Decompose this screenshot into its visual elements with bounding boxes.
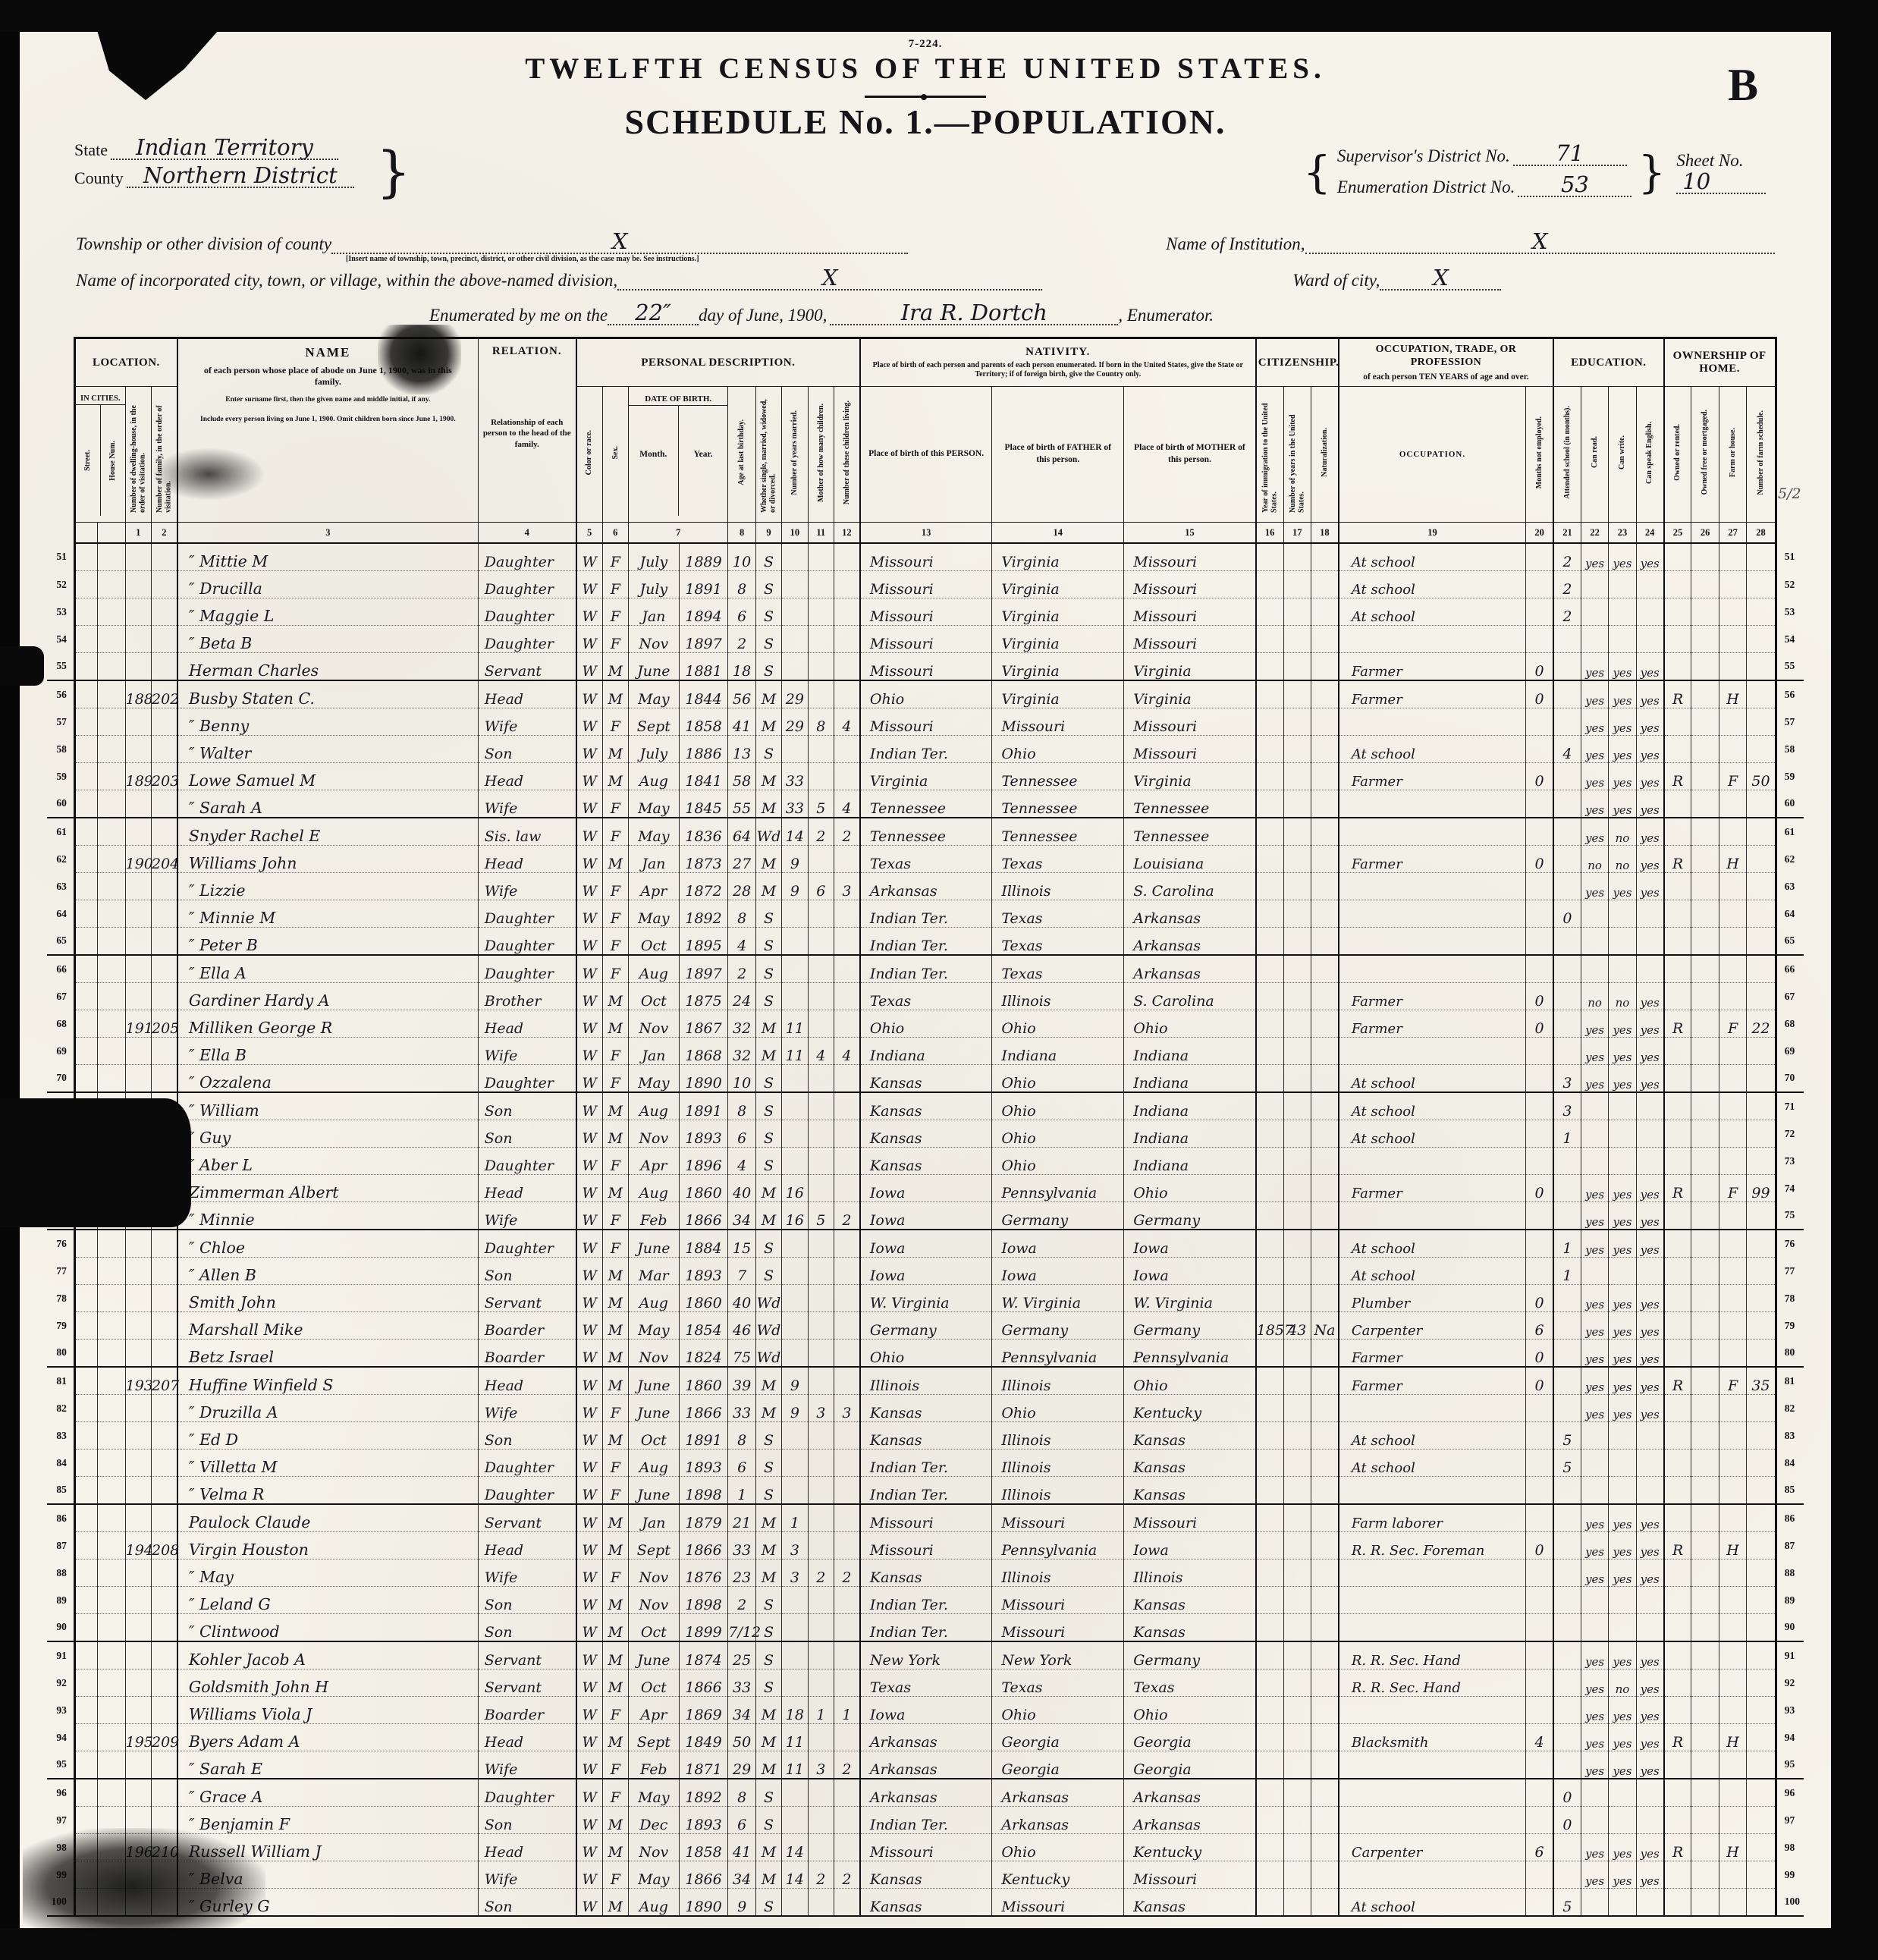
cell-family-number bbox=[151, 1395, 177, 1422]
cell-birth-month: Apr bbox=[628, 1148, 679, 1175]
cell-years-married bbox=[782, 1312, 808, 1340]
cell-years-married bbox=[782, 1065, 808, 1093]
column-number: 27 bbox=[1719, 523, 1746, 544]
cell-mother-birthplace: Virginia bbox=[1124, 763, 1256, 790]
cell-birth-year: 1866 bbox=[679, 1861, 728, 1889]
cell-house-number bbox=[98, 1065, 125, 1093]
cell-name: Snyder Rachel E bbox=[177, 818, 478, 846]
cell-house-number bbox=[98, 1230, 125, 1258]
table-row: 83″ Ed DSonWMOct18918SKansasIllinoisKans… bbox=[47, 1422, 1804, 1450]
cell-house-number bbox=[98, 983, 125, 1010]
cell-naturalization bbox=[1311, 1641, 1338, 1669]
cell-line-number-left: 83 bbox=[47, 1422, 74, 1450]
cell-school-months bbox=[1553, 1395, 1581, 1422]
table-row: 100″ Gurley GSonWMAug18909SKansasMissour… bbox=[47, 1889, 1804, 1917]
cell-dwelling-number bbox=[125, 571, 151, 598]
cell-can-write: yes bbox=[1609, 1834, 1636, 1861]
cell-owned-rented bbox=[1664, 1395, 1691, 1422]
cell-months-not-employed: 0 bbox=[1526, 763, 1553, 790]
cell-birth-year: 1874 bbox=[679, 1641, 728, 1669]
cell-birth-month: Jan bbox=[628, 846, 679, 873]
cell-birth-year: 1898 bbox=[679, 1587, 728, 1614]
column-number: 8 bbox=[728, 523, 755, 544]
cell-street bbox=[74, 955, 97, 983]
cell-can-speak-english bbox=[1636, 1614, 1663, 1642]
table-row: 91Kohler Jacob AServantWMJune187425SNew … bbox=[47, 1641, 1804, 1669]
cell-street bbox=[74, 1258, 97, 1285]
cell-sex: F bbox=[602, 900, 628, 928]
owned-free-header: Owned free or mortgaged. bbox=[1691, 387, 1719, 523]
cell-relation: Servant bbox=[478, 1641, 576, 1669]
cell-line-number-right: 88 bbox=[1776, 1560, 1804, 1587]
table-row: 81193207Huffine Winfield SHeadWMJune1860… bbox=[47, 1367, 1804, 1395]
cell-birth-year: 1898 bbox=[679, 1477, 728, 1505]
cell-can-speak-english: yes bbox=[1636, 846, 1663, 873]
cell-free-or-mortgaged bbox=[1691, 680, 1719, 708]
cell-line-number-right: 59 bbox=[1776, 763, 1804, 790]
cell-birth-month: May bbox=[628, 1861, 679, 1889]
cell-marital-status: S bbox=[755, 598, 781, 626]
cell-months-not-employed bbox=[1526, 1092, 1553, 1120]
cell-birthplace: Kansas bbox=[860, 1395, 992, 1422]
cell-street bbox=[74, 928, 97, 956]
cell-can-speak-english: yes bbox=[1636, 1724, 1663, 1751]
cell-sex: M bbox=[602, 1587, 628, 1614]
cell-years-married bbox=[782, 1669, 808, 1697]
cell-line-number-left: 86 bbox=[47, 1504, 74, 1532]
cell-house-number bbox=[98, 1751, 125, 1779]
cell-mother-of-children: 8 bbox=[808, 708, 834, 736]
cell-marital-status: S bbox=[755, 900, 781, 928]
cell-father-birthplace: Illinois bbox=[992, 1422, 1124, 1450]
cell-school-months bbox=[1553, 1312, 1581, 1340]
cell-farm-or-house bbox=[1719, 1779, 1746, 1807]
cell-naturalization bbox=[1311, 1669, 1338, 1697]
cell-sex: F bbox=[602, 1395, 628, 1422]
cell-months-not-employed: 0 bbox=[1526, 983, 1553, 1010]
cell-years-in-us bbox=[1283, 1834, 1311, 1861]
cell-farm-or-house: F bbox=[1719, 1175, 1746, 1202]
cell-marital-status: S bbox=[755, 1065, 781, 1093]
cell-farm-schedule bbox=[1747, 983, 1776, 1010]
cell-months-not-employed bbox=[1526, 1450, 1553, 1477]
cell-sex: M bbox=[602, 1285, 628, 1312]
cell-family-number bbox=[151, 1641, 177, 1669]
cell-immigration-year: 1857 bbox=[1256, 1312, 1283, 1340]
cell-relation: Daughter bbox=[478, 900, 576, 928]
cell-can-write: yes bbox=[1609, 873, 1636, 900]
cell-school-months bbox=[1553, 1697, 1581, 1724]
cell-can-write bbox=[1609, 1450, 1636, 1477]
cell-line-number-right: 61 bbox=[1776, 818, 1804, 846]
cell-relation: Servant bbox=[478, 1504, 576, 1532]
cell-years-married bbox=[782, 626, 808, 653]
cell-occupation bbox=[1339, 818, 1526, 846]
cell-age: 8 bbox=[728, 900, 755, 928]
table-row: 92Goldsmith John HServantWMOct186633STex… bbox=[47, 1669, 1804, 1697]
table-row: 51″ Mittie MDaughterWFJuly188910SMissour… bbox=[47, 543, 1804, 571]
cell-marital-status: S bbox=[755, 1148, 781, 1175]
cell-relation: Wife bbox=[478, 1861, 576, 1889]
cell-can-write bbox=[1609, 1120, 1636, 1148]
cell-can-speak-english bbox=[1636, 1477, 1663, 1505]
cell-name: Gardiner Hardy A bbox=[177, 983, 478, 1010]
cell-immigration-year bbox=[1256, 928, 1283, 956]
cell-birthplace: Kansas bbox=[860, 1092, 992, 1120]
cell-children-living bbox=[834, 983, 859, 1010]
cell-children-living bbox=[834, 626, 859, 653]
cell-line-number-right: 100 bbox=[1776, 1889, 1804, 1917]
cell-occupation bbox=[1339, 1807, 1526, 1834]
cell-age: 33 bbox=[728, 1395, 755, 1422]
cell-can-read: yes bbox=[1581, 818, 1608, 846]
cell-can-write bbox=[1609, 598, 1636, 626]
cell-birthplace: Indian Ter. bbox=[860, 1614, 992, 1642]
cell-can-read: yes bbox=[1581, 1230, 1608, 1258]
cell-family-number bbox=[151, 1504, 177, 1532]
house-number-header: House Num. bbox=[108, 441, 118, 481]
cell-father-birthplace: Arkansas bbox=[992, 1807, 1124, 1834]
cell-color-race: W bbox=[576, 873, 602, 900]
cell-free-or-mortgaged bbox=[1691, 1092, 1719, 1120]
cell-owned-rented bbox=[1664, 1258, 1691, 1285]
column-number: 22 bbox=[1581, 523, 1608, 544]
cell-color-race: W bbox=[576, 543, 602, 571]
cell-mother-birthplace: Tennessee bbox=[1124, 818, 1256, 846]
cell-line-number-right: 83 bbox=[1776, 1422, 1804, 1450]
cell-birth-month: Jan bbox=[628, 598, 679, 626]
cell-months-not-employed: 6 bbox=[1526, 1312, 1553, 1340]
cell-name: ″ Druzilla A bbox=[177, 1395, 478, 1422]
cell-naturalization bbox=[1311, 873, 1338, 900]
cell-years-married bbox=[782, 1340, 808, 1368]
cell-street bbox=[74, 846, 97, 873]
cell-owned-rented bbox=[1664, 1697, 1691, 1724]
cell-years-in-us bbox=[1283, 1587, 1311, 1614]
cell-months-not-employed bbox=[1526, 1641, 1553, 1669]
cell-owned-rented bbox=[1664, 1779, 1691, 1807]
cell-farm-or-house bbox=[1719, 1120, 1746, 1148]
cell-months-not-employed: 0 bbox=[1526, 1010, 1553, 1038]
cell-can-speak-english: yes bbox=[1636, 1175, 1663, 1202]
cell-children-living bbox=[834, 1724, 859, 1751]
cell-name: ″ Leland G bbox=[177, 1587, 478, 1614]
cell-free-or-mortgaged bbox=[1691, 598, 1719, 626]
cell-naturalization bbox=[1311, 1614, 1338, 1642]
cell-immigration-year bbox=[1256, 1340, 1283, 1368]
cell-mother-birthplace: Germany bbox=[1124, 1202, 1256, 1230]
cell-children-living bbox=[834, 543, 859, 571]
cell-occupation bbox=[1339, 928, 1526, 956]
cell-father-birthplace: Ohio bbox=[992, 736, 1124, 763]
cell-years-in-us bbox=[1283, 543, 1311, 571]
cell-years-in-us bbox=[1283, 1532, 1311, 1560]
cell-line-number-right: 54 bbox=[1776, 626, 1804, 653]
cell-mother-of-children bbox=[808, 1340, 834, 1368]
cell-father-birthplace: Pennsylvania bbox=[992, 1175, 1124, 1202]
cell-relation: Wife bbox=[478, 1038, 576, 1065]
cell-years-in-us bbox=[1283, 1258, 1311, 1285]
cell-name: ″ May bbox=[177, 1560, 478, 1587]
cell-can-read bbox=[1581, 1422, 1608, 1450]
cell-school-months bbox=[1553, 1477, 1581, 1505]
cell-line-number-right: 66 bbox=[1776, 955, 1804, 983]
cell-months-not-employed: 0 bbox=[1526, 1175, 1553, 1202]
cell-naturalization bbox=[1311, 1148, 1338, 1175]
cell-family-number bbox=[151, 543, 177, 571]
cell-can-read: yes bbox=[1581, 1312, 1608, 1340]
cell-can-write: yes bbox=[1609, 1175, 1636, 1202]
cell-street bbox=[74, 571, 97, 598]
cell-farm-or-house bbox=[1719, 1395, 1746, 1422]
cell-birth-month: Nov bbox=[628, 1010, 679, 1038]
cell-school-months bbox=[1553, 680, 1581, 708]
cell-can-read bbox=[1581, 1258, 1608, 1285]
cell-birthplace: Arkansas bbox=[860, 1779, 992, 1807]
cell-months-not-employed bbox=[1526, 1504, 1553, 1532]
cell-father-birthplace: Virginia bbox=[992, 626, 1124, 653]
cell-owned-rented bbox=[1664, 983, 1691, 1010]
cell-mother-birthplace: Tennessee bbox=[1124, 790, 1256, 818]
cell-occupation: At school bbox=[1339, 1450, 1526, 1477]
table-row: 90″ ClintwoodSonWMOct18997/12SIndian Ter… bbox=[47, 1614, 1804, 1642]
table-row: 52″ DrucillaDaughterWFJuly18918SMissouri… bbox=[47, 571, 1804, 598]
cell-immigration-year bbox=[1256, 1779, 1283, 1807]
cell-dwelling-number bbox=[125, 1477, 151, 1505]
cell-farm-or-house: F bbox=[1719, 1010, 1746, 1038]
cell-school-months bbox=[1553, 1202, 1581, 1230]
cell-owned-rented bbox=[1664, 1120, 1691, 1148]
column-number: 6 bbox=[602, 523, 628, 544]
cell-family-number bbox=[151, 1340, 177, 1368]
cell-can-write bbox=[1609, 571, 1636, 598]
cell-marital-status: S bbox=[755, 626, 781, 653]
cell-street bbox=[74, 1532, 97, 1560]
cell-line-number-right: 65 bbox=[1776, 928, 1804, 956]
cell-sex: M bbox=[602, 1367, 628, 1395]
cell-farm-schedule bbox=[1747, 1312, 1776, 1340]
cell-father-birthplace: Pennsylvania bbox=[992, 1532, 1124, 1560]
cell-years-in-us bbox=[1283, 1807, 1311, 1834]
cell-can-speak-english: yes bbox=[1636, 736, 1663, 763]
cell-line-number-left: 96 bbox=[47, 1779, 74, 1807]
cell-free-or-mortgaged bbox=[1691, 983, 1719, 1010]
years-in-us-header: Number of years in the United States. bbox=[1283, 387, 1311, 523]
cell-mother-birthplace: Germany bbox=[1124, 1641, 1256, 1669]
enumeration-district-value: 53 bbox=[1518, 174, 1631, 197]
cell-marital-status: Wd bbox=[755, 1285, 781, 1312]
cell-marital-status: M bbox=[755, 790, 781, 818]
cell-can-speak-english bbox=[1636, 571, 1663, 598]
cell-can-read bbox=[1581, 598, 1608, 626]
farm-house-header: Farm or house. bbox=[1719, 387, 1746, 523]
cell-line-number-right: 90 bbox=[1776, 1614, 1804, 1642]
cell-name: Betz Israel bbox=[177, 1340, 478, 1368]
cell-immigration-year bbox=[1256, 873, 1283, 900]
cell-can-write bbox=[1609, 1587, 1636, 1614]
cell-months-not-employed bbox=[1526, 928, 1553, 956]
cell-can-read: yes bbox=[1581, 1065, 1608, 1093]
cell-relation: Head bbox=[478, 846, 576, 873]
cell-can-speak-english: yes bbox=[1636, 790, 1663, 818]
cell-sex: M bbox=[602, 1889, 628, 1917]
cell-mother-of-children bbox=[808, 1669, 834, 1697]
cell-age: 28 bbox=[728, 873, 755, 900]
cell-birthplace: Arkansas bbox=[860, 1724, 992, 1751]
cell-color-race: W bbox=[576, 763, 602, 790]
cell-family-number bbox=[151, 598, 177, 626]
cell-line-number-left: 80 bbox=[47, 1340, 74, 1368]
table-row: 54″ Beta BDaughterWFNov18972SMissouriVir… bbox=[47, 626, 1804, 653]
cell-farm-or-house bbox=[1719, 543, 1746, 571]
cell-children-living bbox=[834, 1614, 859, 1642]
cell-marital-status: Wd bbox=[755, 1312, 781, 1340]
cell-owned-rented bbox=[1664, 626, 1691, 653]
cell-children-living bbox=[834, 1285, 859, 1312]
cell-birth-year: 1866 bbox=[679, 1395, 728, 1422]
cell-line-number-right: 53 bbox=[1776, 598, 1804, 626]
cell-marital-status: Wd bbox=[755, 818, 781, 846]
cell-marital-status: S bbox=[755, 1779, 781, 1807]
cell-color-race: W bbox=[576, 1751, 602, 1779]
cell-farm-or-house bbox=[1719, 900, 1746, 928]
cell-years-married: 33 bbox=[782, 790, 808, 818]
cell-line-number-right: 92 bbox=[1776, 1669, 1804, 1697]
cell-can-speak-english: yes bbox=[1636, 1697, 1663, 1724]
cell-years-married bbox=[782, 1148, 808, 1175]
cell-street bbox=[74, 1614, 97, 1642]
cell-years-in-us bbox=[1283, 983, 1311, 1010]
cell-birth-month: June bbox=[628, 1230, 679, 1258]
cell-can-speak-english: yes bbox=[1636, 1560, 1663, 1587]
cell-sex: M bbox=[602, 1724, 628, 1751]
cell-children-living bbox=[834, 653, 859, 681]
cell-birthplace: Indian Ter. bbox=[860, 1450, 992, 1477]
cell-color-race: W bbox=[576, 1889, 602, 1917]
cell-family-number bbox=[151, 1285, 177, 1312]
cell-years-in-us bbox=[1283, 1285, 1311, 1312]
cell-house-number bbox=[98, 571, 125, 598]
cell-months-not-employed bbox=[1526, 543, 1553, 571]
cell-line-number-left: 63 bbox=[47, 873, 74, 900]
cell-farm-or-house bbox=[1719, 818, 1746, 846]
scan-edge-right bbox=[1831, 0, 1878, 1960]
cell-marital-status: S bbox=[755, 1807, 781, 1834]
nativity-title: NATIVITY. bbox=[861, 346, 1255, 359]
cell-age: 46 bbox=[728, 1312, 755, 1340]
cell-line-number-right: 73 bbox=[1776, 1148, 1804, 1175]
cell-can-write: yes bbox=[1609, 1560, 1636, 1587]
cell-can-speak-english bbox=[1636, 1422, 1663, 1450]
cell-occupation: Farmer bbox=[1339, 1340, 1526, 1368]
cell-dwelling-number bbox=[125, 1614, 151, 1642]
cell-birth-month: Aug bbox=[628, 763, 679, 790]
cell-street bbox=[74, 1038, 97, 1065]
cell-sex: M bbox=[602, 1340, 628, 1368]
cell-mother-birthplace: Missouri bbox=[1124, 571, 1256, 598]
cell-mother-of-children bbox=[808, 1120, 834, 1148]
cell-birth-year: 1873 bbox=[679, 846, 728, 873]
cell-years-married: 16 bbox=[782, 1175, 808, 1202]
column-number: 9 bbox=[755, 523, 781, 544]
cell-birth-month: Aug bbox=[628, 1092, 679, 1120]
cell-sex: F bbox=[602, 1861, 628, 1889]
cell-years-married bbox=[782, 571, 808, 598]
cell-name: ″ Beta B bbox=[177, 626, 478, 653]
table-row: 97″ Benjamin FSonWMDec18936SIndian Ter.A… bbox=[47, 1807, 1804, 1834]
cell-dwelling-number bbox=[125, 1340, 151, 1368]
cell-family-number bbox=[151, 983, 177, 1010]
cell-age: 64 bbox=[728, 818, 755, 846]
cell-farm-schedule bbox=[1747, 1477, 1776, 1505]
cell-occupation: At school bbox=[1339, 571, 1526, 598]
cell-sex: M bbox=[602, 763, 628, 790]
cell-birth-month: Nov bbox=[628, 1340, 679, 1368]
cell-color-race: W bbox=[576, 1614, 602, 1642]
cell-free-or-mortgaged bbox=[1691, 1230, 1719, 1258]
cell-occupation bbox=[1339, 1395, 1526, 1422]
cell-birthplace: Kansas bbox=[860, 1560, 992, 1587]
cell-owned-rented bbox=[1664, 873, 1691, 900]
cell-birth-year: 1860 bbox=[679, 1367, 728, 1395]
cell-birthplace: Missouri bbox=[860, 626, 992, 653]
cell-can-read bbox=[1581, 1092, 1608, 1120]
cell-line-number-right: 95 bbox=[1776, 1751, 1804, 1779]
cell-years-in-us bbox=[1283, 1450, 1311, 1477]
owned-rented-header: Owned or rented. bbox=[1664, 387, 1691, 523]
cell-farm-schedule bbox=[1747, 653, 1776, 681]
cell-line-number-right: 82 bbox=[1776, 1395, 1804, 1422]
cell-birth-year: 1899 bbox=[679, 1614, 728, 1642]
cell-occupation: Blacksmith bbox=[1339, 1724, 1526, 1751]
cell-color-race: W bbox=[576, 928, 602, 956]
cell-farm-schedule bbox=[1747, 873, 1776, 900]
cell-father-birthplace: Missouri bbox=[992, 1587, 1124, 1614]
cell-occupation bbox=[1339, 1697, 1526, 1724]
cell-years-married bbox=[782, 983, 808, 1010]
cell-mother-of-children bbox=[808, 1312, 834, 1340]
cell-naturalization bbox=[1311, 846, 1338, 873]
cell-years-married: 11 bbox=[782, 1038, 808, 1065]
cell-birth-year: 1876 bbox=[679, 1560, 728, 1587]
cell-can-speak-english: yes bbox=[1636, 1751, 1663, 1779]
cell-sex: M bbox=[602, 1258, 628, 1285]
cell-naturalization bbox=[1311, 1477, 1338, 1505]
table-row: 71″ WilliamSonWMAug18918SKansasOhioIndia… bbox=[47, 1092, 1804, 1120]
cell-can-speak-english: yes bbox=[1636, 1504, 1663, 1532]
cell-house-number bbox=[98, 1560, 125, 1587]
name-note2: Include every person living on June 1, 1… bbox=[189, 415, 467, 424]
cell-name: Williams Viola J bbox=[177, 1697, 478, 1724]
cell-years-in-us bbox=[1283, 1504, 1311, 1532]
cell-age: 21 bbox=[728, 1504, 755, 1532]
cell-can-read: no bbox=[1581, 846, 1608, 873]
township-label: Township or other division of county bbox=[76, 234, 331, 254]
cell-can-speak-english bbox=[1636, 626, 1663, 653]
cell-months-not-employed: 0 bbox=[1526, 1367, 1553, 1395]
cell-birth-year: 1890 bbox=[679, 1065, 728, 1093]
cell-immigration-year bbox=[1256, 983, 1283, 1010]
cell-family-number bbox=[151, 626, 177, 653]
cell-birth-month: Aug bbox=[628, 1889, 679, 1917]
cell-farm-or-house bbox=[1719, 1202, 1746, 1230]
township-note: [Insert name of township, town, precinct… bbox=[346, 255, 699, 263]
column-number: 18 bbox=[1311, 523, 1338, 544]
cell-free-or-mortgaged bbox=[1691, 900, 1719, 928]
cell-occupation bbox=[1339, 1477, 1526, 1505]
cell-relation: Daughter bbox=[478, 1450, 576, 1477]
cell-birth-month: Apr bbox=[628, 1697, 679, 1724]
